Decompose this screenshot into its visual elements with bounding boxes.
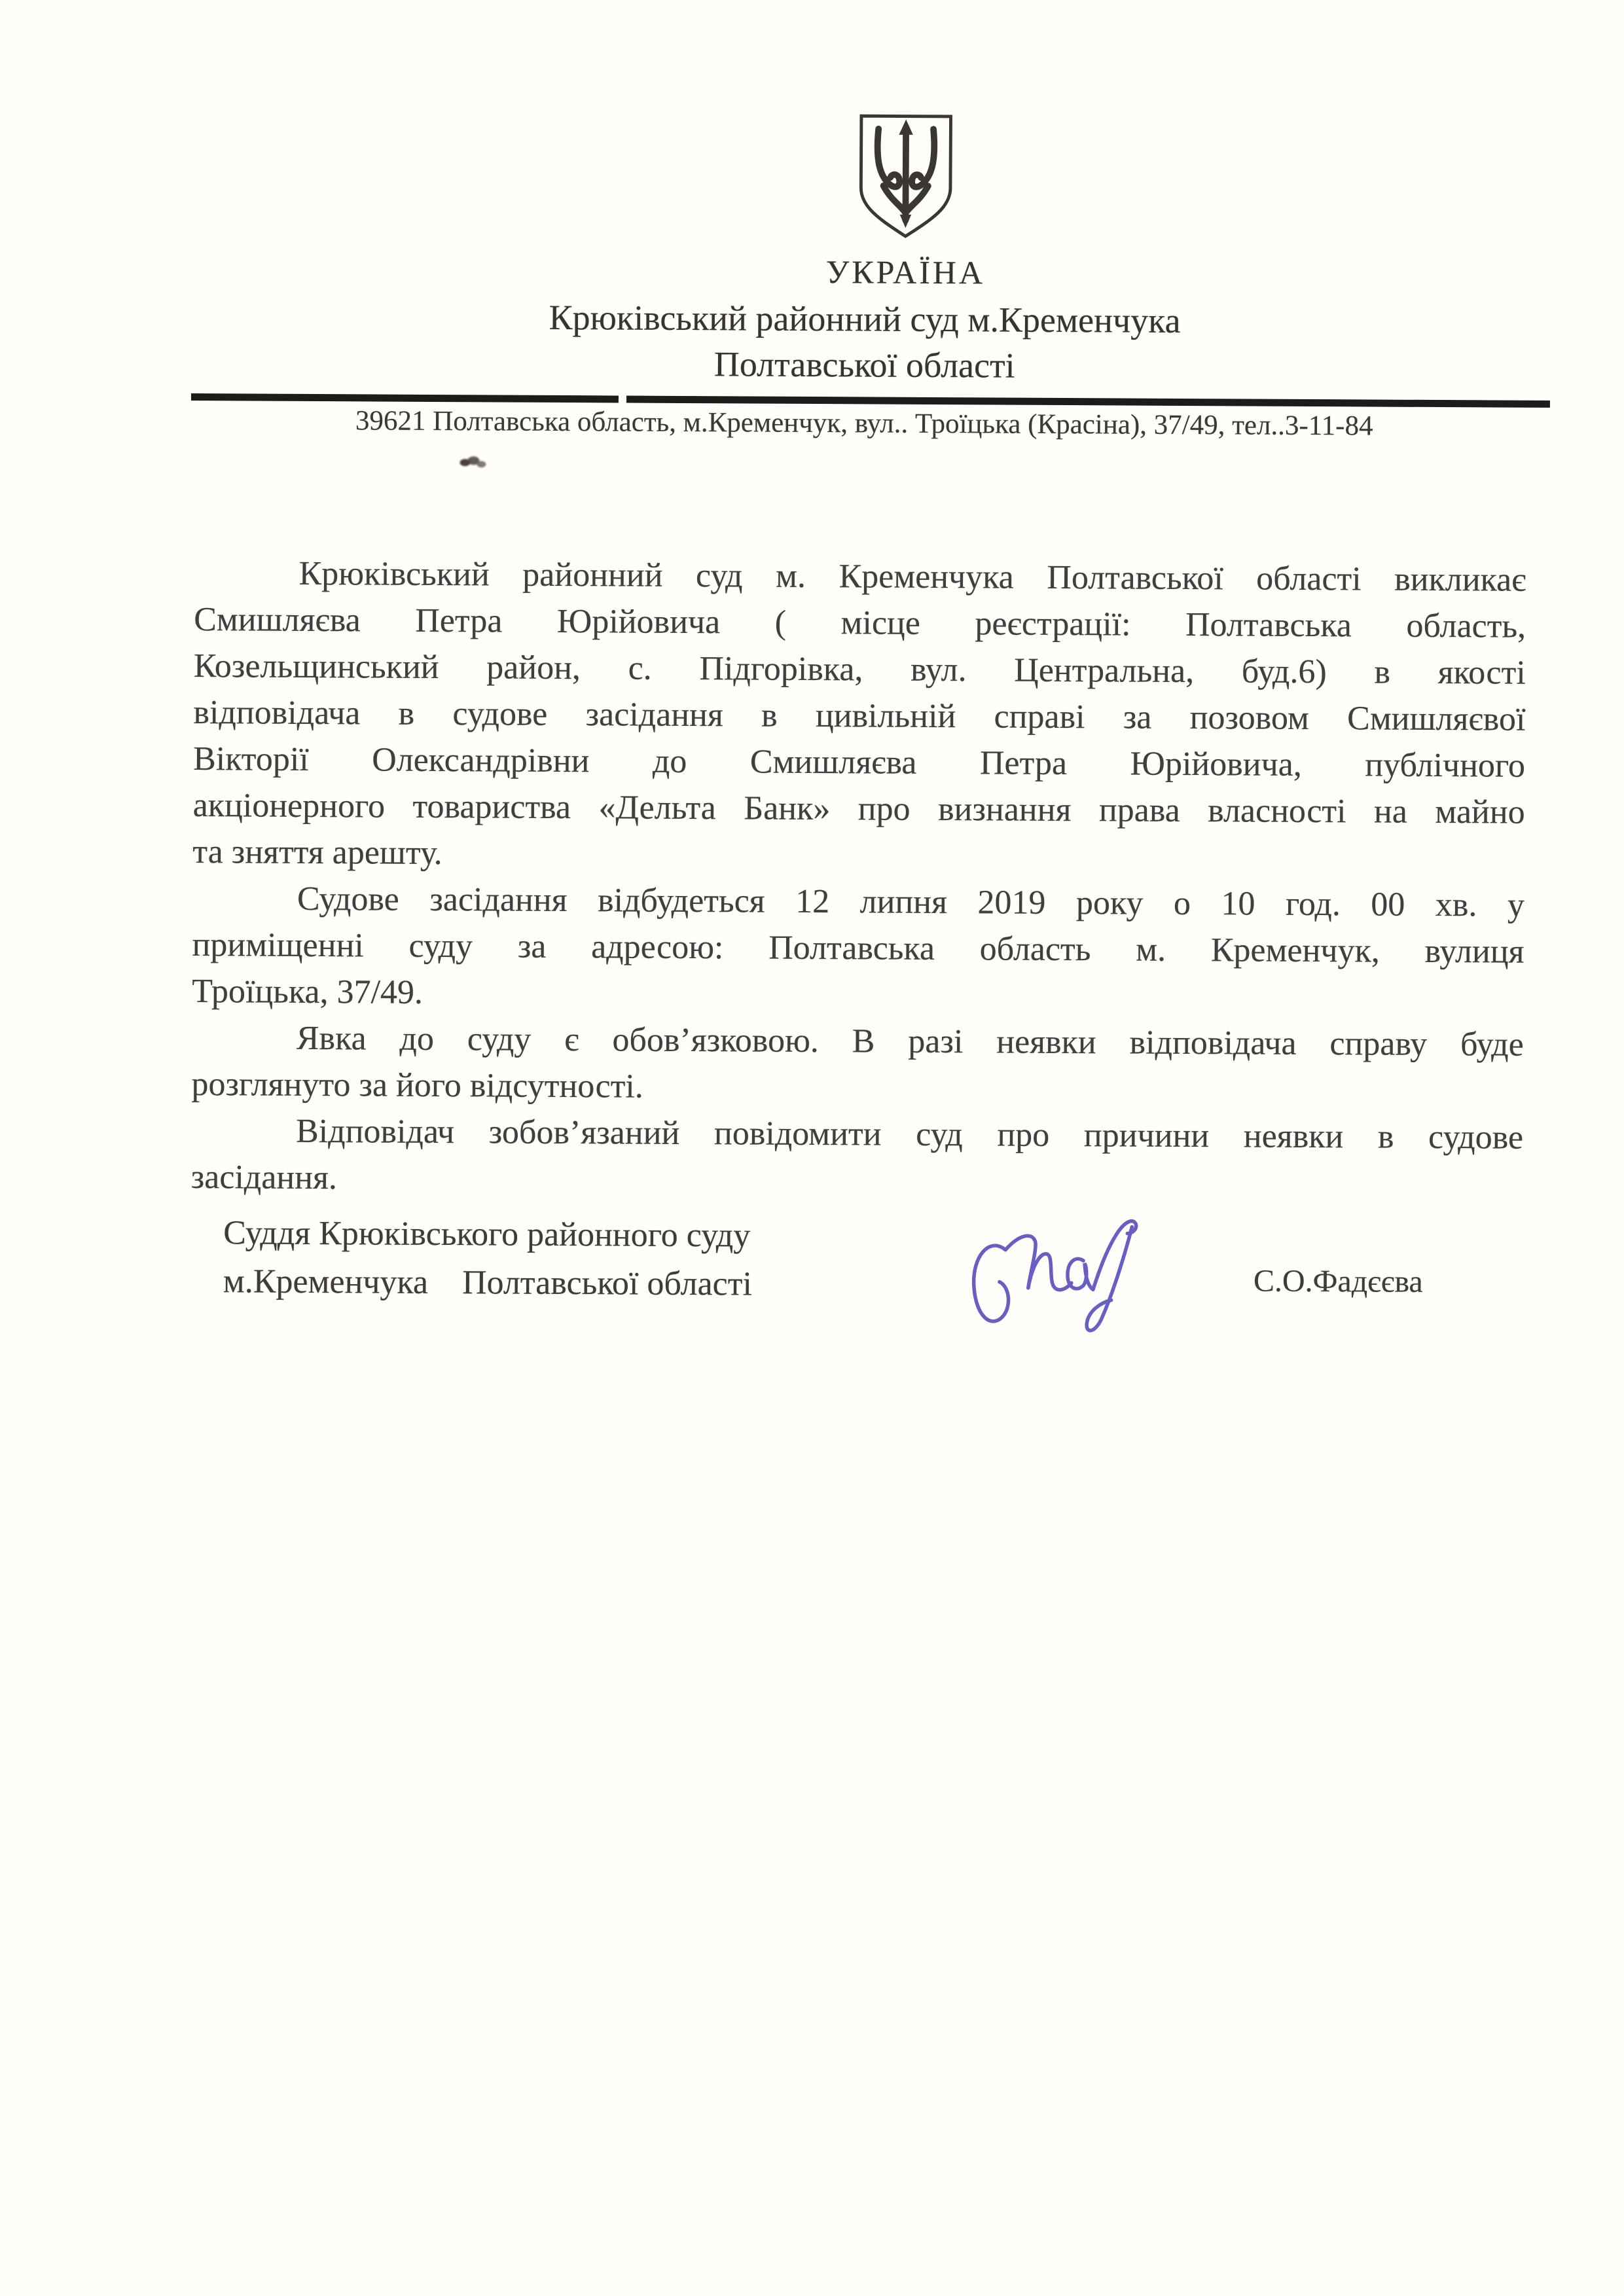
judge-signature-icon — [931, 1192, 1259, 1410]
paragraph-attendance-mandatory: Явка до суду є обов’язковою. В разі неяв… — [191, 1014, 1524, 1115]
ink-smudge-artifact — [460, 455, 487, 471]
letterhead: УКРАЇНА Крюківський районний суд м.Креме… — [105, 107, 1624, 443]
body-text-line: приміщенні суду за адресою: Полтавська о… — [192, 922, 1524, 975]
body-text-line: Троїцька, 37/49. — [192, 968, 1524, 1022]
body-text-line: засідання. — [191, 1154, 1523, 1208]
body-text-line: розглянуто за його відсутності. — [191, 1061, 1523, 1115]
body-text-line: Вікторії Олександрівни до Смишляєва Петр… — [193, 736, 1525, 789]
body-text-line: відповідача в судове засідання в цивільн… — [193, 689, 1525, 743]
paragraph-summons: Крюківський районний суд м. Кременчука П… — [192, 550, 1526, 882]
judge-title-line1: Суддя Крюківського районного суду — [223, 1209, 752, 1260]
body-text-line: Козельщинський район, с. Підгорівка, вул… — [194, 643, 1526, 696]
body-text-line: Крюківський районний суд м. Кременчука П… — [194, 550, 1526, 603]
rule-gap — [619, 395, 626, 403]
paragraph-hearing-datetime: Судове засідання відбудеться 12 липня 20… — [192, 875, 1525, 1022]
paragraph-notify-court: Відповідач зобов’язаний повідомити суд п… — [191, 1107, 1524, 1208]
body-text-line: акціонерного товариства «Дельта Банк» пр… — [192, 782, 1525, 836]
body-text-line: Судове засідання відбудеться 12 липня 20… — [192, 875, 1525, 929]
body-text-line: та зняття арешту. — [192, 829, 1525, 882]
judge-title-line2: м.Кременчука Полтавської області — [223, 1257, 752, 1308]
ukraine-coat-of-arms-icon — [854, 111, 959, 243]
body-text-line: Явка до суду є обов’язковою. В разі неяв… — [192, 1014, 1524, 1068]
body-text-line: Відповідач зобов’язаний повідомити суд п… — [191, 1107, 1523, 1161]
summons-body-text: Крюківський районний суд м. Кременчука П… — [191, 550, 1526, 1208]
court-address: 39621 Полтавська область, м.Кременчук, в… — [105, 403, 1624, 443]
court-name-line1: Крюківський районний суд м.Кременчука — [105, 292, 1624, 346]
judge-name: С.О.Фадєєва — [1254, 1263, 1423, 1300]
judge-title-block: Суддя Крюківського районного суду м.Крем… — [223, 1209, 753, 1308]
scanned-court-summons-page: УКРАЇНА Крюківський районний суд м.Креме… — [0, 0, 1624, 2296]
court-name-line2: Полтавської області — [105, 338, 1624, 391]
country-title: УКРАЇНА — [146, 249, 1624, 295]
body-text-line: Смишляєва Петра Юрійовича ( місце реєстр… — [194, 596, 1526, 650]
